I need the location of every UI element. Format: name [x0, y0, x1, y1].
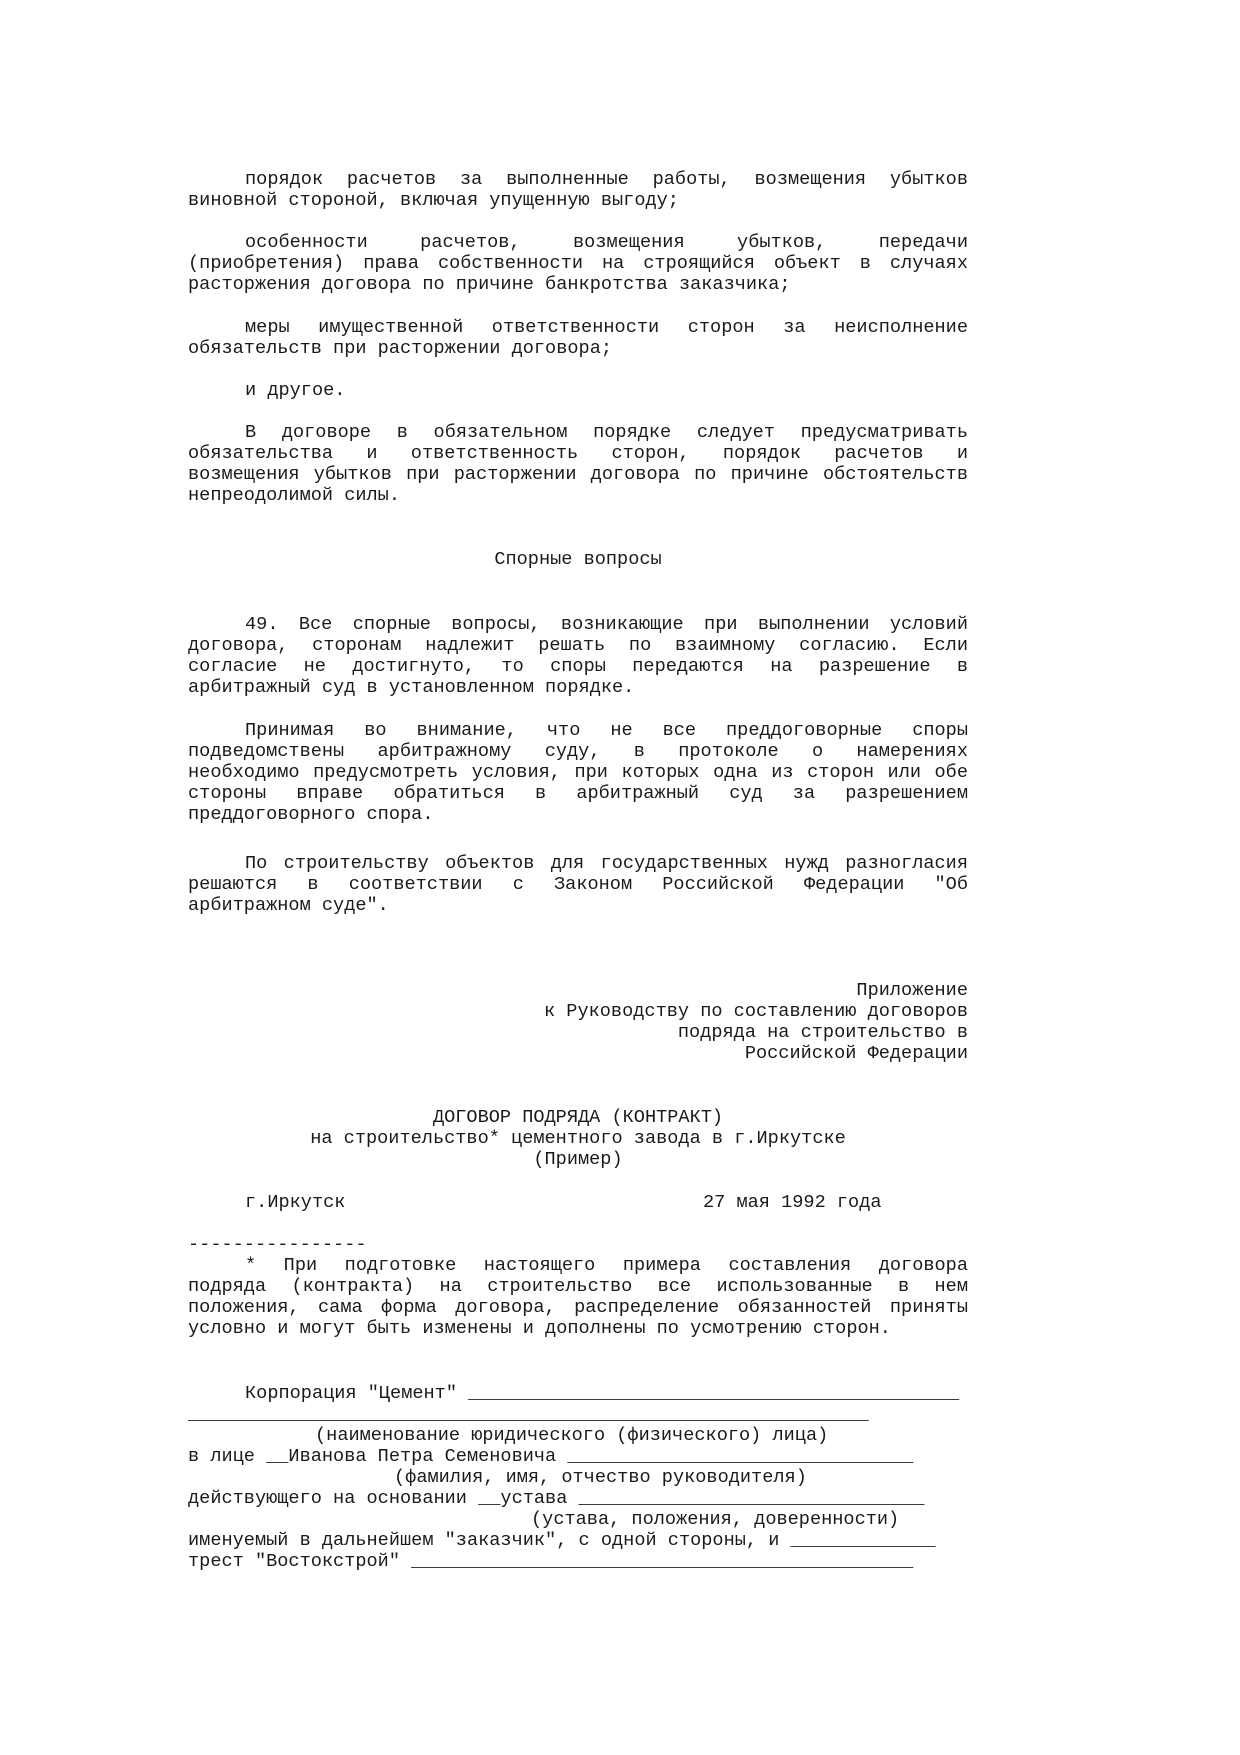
paragraph-predogovor-line: Принимая во внимание, что не все преддог… [245, 720, 968, 742]
paragraph-bankruptcy-line: расторжения договора по причине банкротс… [188, 274, 968, 296]
paragraph-losses-line: порядок расчетов за выполненные работы, … [245, 169, 968, 191]
paragraph-49-line: арбитражный суд в установленном порядке. [188, 677, 968, 699]
paragraph-predogovor-line: подведомствены арбитражному суду, в прот… [188, 741, 968, 763]
paragraph-gov-needs-line: решаются в соответствии с Законом Россий… [188, 874, 968, 896]
paragraph-49-line: договора, сторонам надлежит решать по вз… [188, 635, 968, 657]
contract-subtitle: на строительство* цементного завода в г.… [188, 1128, 968, 1150]
form-basis-field: действующего на основании __устава _____… [188, 1488, 968, 1510]
section-heading: Спорные вопросы [188, 549, 968, 571]
contract-title: ДОГОВОР ПОДРЯДА (КОНТРАКТ) [188, 1107, 968, 1129]
paragraph-bankruptcy-line: (приобретения) права собственности на ст… [188, 253, 968, 275]
footnote-line: * При подготовке настоящего примера сост… [245, 1255, 968, 1277]
appendix-note-line: Приложение [188, 980, 968, 1002]
form-hint-legal-entity: (наименование юридического (физического)… [315, 1425, 875, 1447]
form-blank-line: ________________________________________… [188, 1404, 968, 1426]
footnote-line: условно и могут быть изменены и дополнен… [188, 1318, 968, 1340]
appendix-note-line: Российской Федерации [188, 1043, 968, 1065]
paragraph-gov-needs-line: арбитражном суде". [188, 895, 968, 917]
paragraph-other-line: и другое. [245, 380, 968, 402]
appendix-note-line: подряда на строительство в [188, 1022, 968, 1044]
contract-example-label: (Пример) [188, 1149, 968, 1171]
paragraph-force-majeure-line: В договоре в обязательном порядке следуе… [245, 422, 968, 444]
paragraph-49-line: согласие не достигнуто, то споры передаю… [188, 656, 968, 678]
paragraph-force-majeure-line: возмещения убытков при расторжении догов… [188, 464, 968, 486]
contract-place: г.Иркутск [245, 1192, 545, 1214]
footnote-separator: ---------------- [188, 1234, 968, 1256]
paragraph-liability-line: обязательств при расторжении договора; [188, 338, 968, 360]
footnote-line: подряда (контракта) на строительство все… [188, 1276, 968, 1298]
form-customer-designation: именуемый в дальнейшем "заказчик", с одн… [188, 1530, 968, 1552]
form-customer-name-field: Корпорация "Цемент" ____________________… [245, 1383, 968, 1405]
paragraph-liability-line: меры имущественной ответственности сторо… [245, 317, 968, 339]
footnote-line: положения, сама форма договора, распреде… [188, 1297, 968, 1319]
contract-date: 27 мая 1992 года [703, 1192, 923, 1214]
paragraph-bankruptcy-line: особенности расчетов, возмещения убытков… [245, 232, 968, 254]
form-contractor-field: трест "Востокстрой" ____________________… [188, 1551, 968, 1573]
form-hint-representative: (фамилия, имя, отчество руководителя) [394, 1467, 894, 1489]
paragraph-predogovor-line: необходимо предусмотреть условия, при ко… [188, 762, 968, 784]
document-page: порядок расчетов за выполненные работы, … [0, 0, 1240, 1755]
paragraph-force-majeure-line: обязательства и ответственность сторон, … [188, 443, 968, 465]
appendix-note-line: к Руководству по составлению договоров [188, 1001, 968, 1023]
form-representative-field: в лице __Иванова Петра Семеновича ______… [188, 1446, 968, 1468]
paragraph-predogovor-line: стороны вправе обратиться в арбитражный … [188, 783, 968, 805]
paragraph-predogovor-line: преддоговорного спора. [188, 804, 968, 826]
paragraph-gov-needs-line: По строительству объектов для государств… [245, 853, 968, 875]
form-hint-basis: (устава, положения, доверенности) [531, 1509, 951, 1531]
paragraph-force-majeure-line: непреодолимой силы. [188, 485, 968, 507]
paragraph-losses-line: виновной стороной, включая упущенную выг… [188, 190, 968, 212]
paragraph-49-line: 49. Все спорные вопросы, возникающие при… [245, 614, 968, 636]
